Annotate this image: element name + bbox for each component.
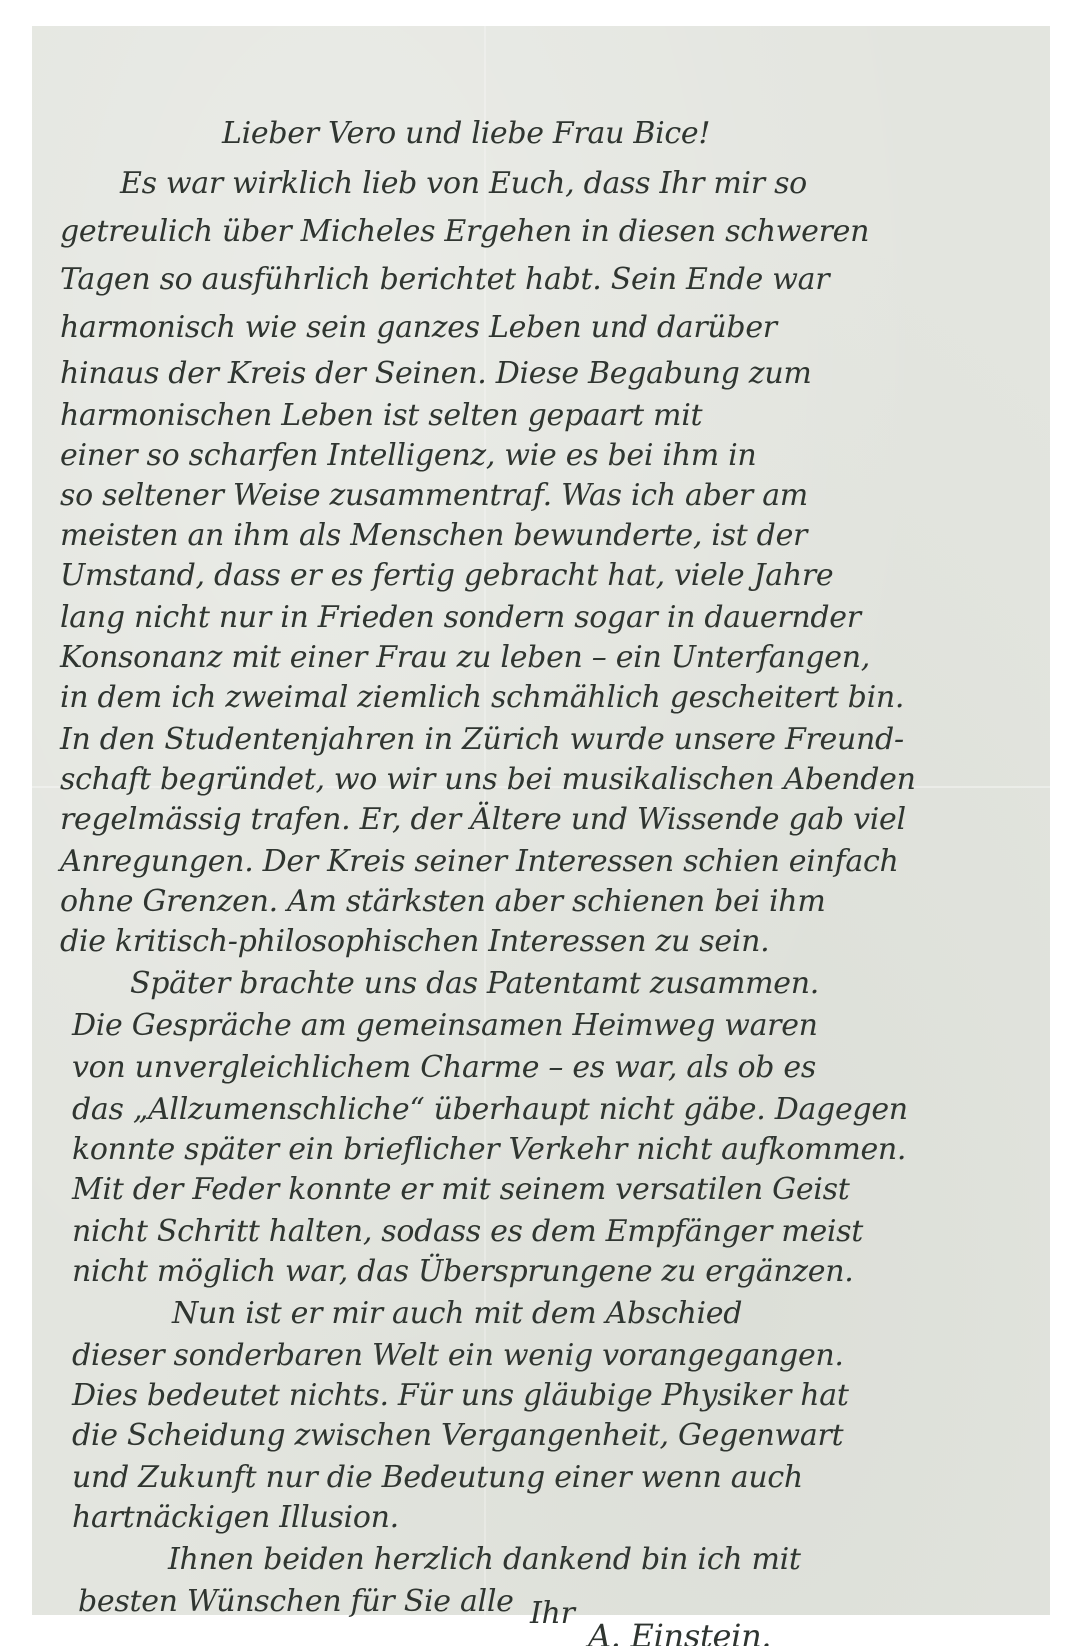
salutation: Lieber Vero und liebe Frau Bice! [222,116,710,152]
letter-line: nicht Schritt halten, sodass es dem Empf… [72,1214,863,1250]
letter-line: dieser sonderbaren Welt ein wenig vorang… [72,1338,844,1374]
letter-line: und Zukunft nur die Bedeutung einer wenn… [72,1460,803,1496]
letter-line: Es war wirklich lieb von Euch, dass Ihr … [120,166,807,202]
letter-line: Ihnen beiden herzlich dankend bin ich mi… [168,1542,801,1578]
letter-line: so seltener Weise zusammentraf. Was ich … [60,478,808,514]
letter-line: Umstand, dass er es fertig gebracht hat,… [60,558,833,594]
letter-line: Anregungen. Der Kreis seiner Interessen … [60,844,898,880]
letter-line: getreulich über Micheles Ergehen in dies… [60,214,869,250]
letter-paper: Lieber Vero und liebe Frau Bice! Es war … [32,26,1050,1615]
letter-line: Später brachte uns das Patentamt zusamme… [130,966,819,1002]
letter-line: von unvergleichlichem Charme – es war, a… [72,1050,816,1086]
letter-line: besten Wünschen für Sie alle [78,1584,514,1620]
letter-line: In den Studentenjahren in Zürich wurde u… [60,722,904,758]
letter-line: einer so scharfen Intelligenz, wie es be… [60,438,756,474]
letter-line: Nun ist er mir auch mit dem Abschied [172,1296,742,1332]
letter-line: hinaus der Kreis der Seinen. Diese Begab… [60,356,812,392]
letter-line: Dies bedeutet nichts. Für uns gläubige P… [72,1378,849,1414]
letter-line: meisten an ihm als Menschen bewunderte, … [60,518,807,554]
letter-line: das „Allzumenschliche“ überhaupt nicht g… [72,1092,908,1128]
signature: A. Einstein. [588,1618,771,1646]
letter-line: in dem ich zweimal ziemlich schmählich g… [60,680,904,716]
letter-line: regelmässig trafen. Er, der Ältere und W… [60,802,906,838]
letter-line: harmonischen Leben ist selten gepaart mi… [60,398,702,434]
letter-line: Konsonanz mit einer Frau zu leben – ein … [60,640,870,676]
letter-line: lang nicht nur in Frieden sondern sogar … [60,600,861,636]
letter-line: ohne Grenzen. Am stärksten aber schienen… [60,884,825,920]
letter-line: Tagen so ausführlich berichtet habt. Sei… [60,262,829,298]
letter-line: harmonisch wie sein ganzes Leben und dar… [60,310,777,346]
letter-line: Mit der Feder konnte er mit seinem versa… [72,1172,849,1208]
letter-line: die Scheidung zwischen Vergangenheit, Ge… [72,1418,843,1454]
letter-line: konnte später ein brieflicher Verkehr ni… [72,1132,906,1168]
letter-line: die kritisch-philosophischen Interessen … [60,924,769,960]
closing: Ihr [530,1596,575,1632]
letter-line: Die Gespräche am gemeinsamen Heimweg war… [72,1008,818,1044]
letter-line: nicht möglich war, das Übersprungene zu … [72,1254,854,1290]
letter-line: schaft begründet, wo wir uns bei musikal… [60,762,916,798]
letter-line: hartnäckigen Illusion. [72,1500,399,1536]
